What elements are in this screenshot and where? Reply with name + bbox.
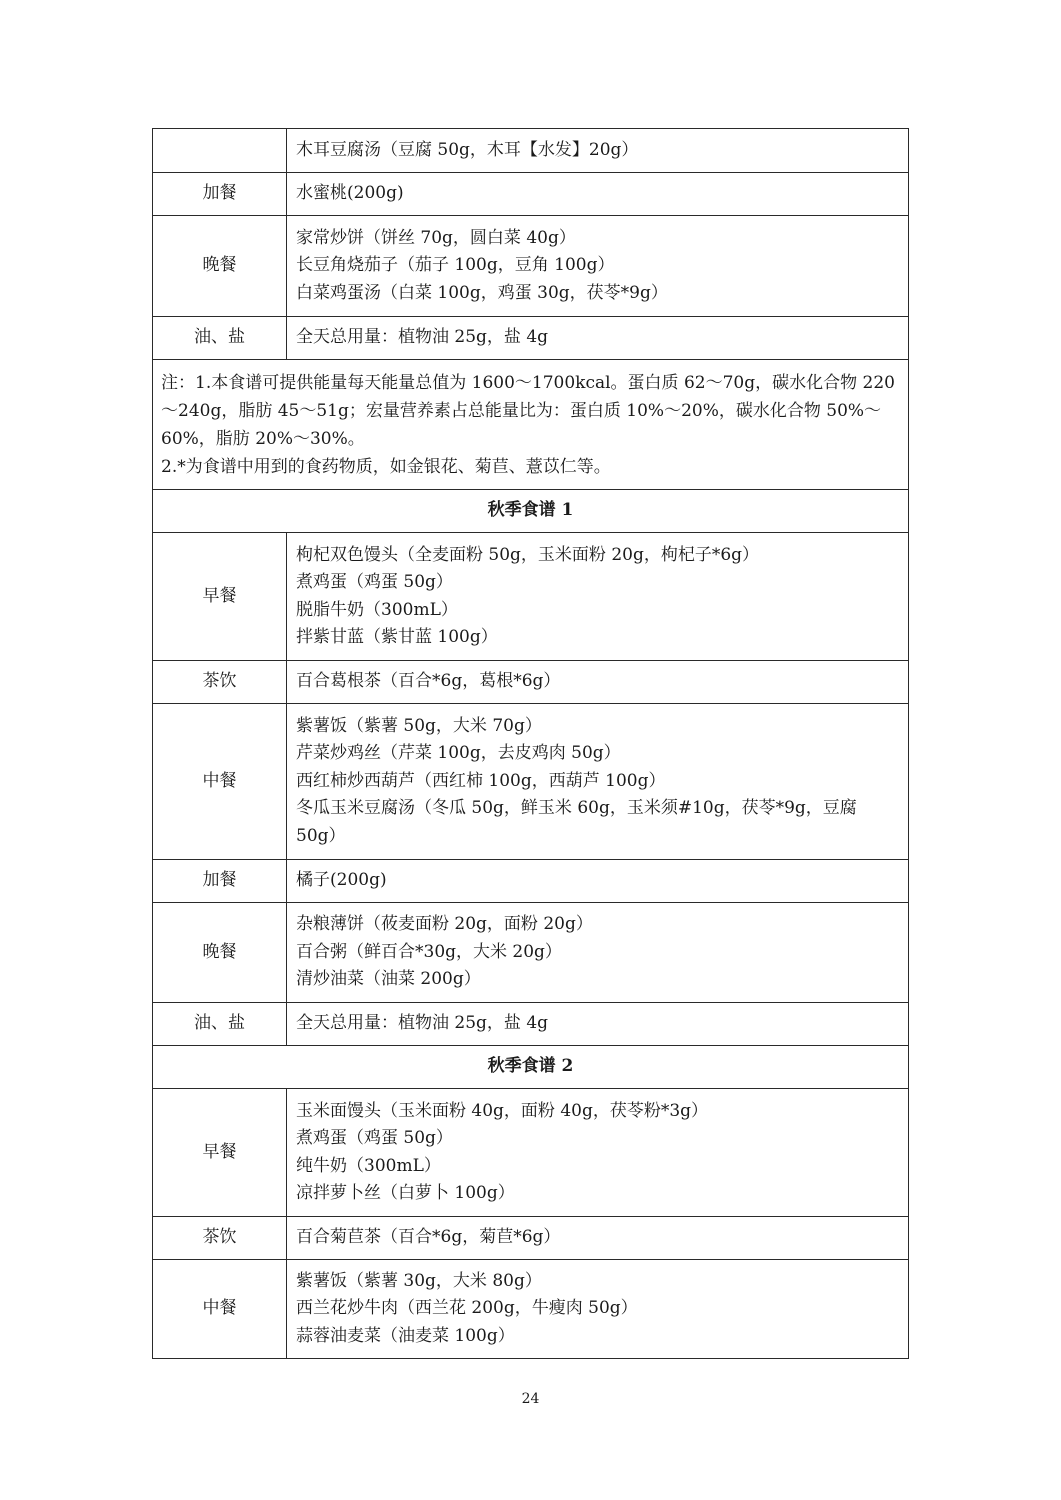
dish-item: 拌紫甘蓝（紫甘蓝 100g） [296, 624, 900, 652]
dish-item: 玉米面馒头（玉米面粉 40g，面粉 40g，茯苓粉*3g） [296, 1098, 900, 1126]
dish-item: 木耳豆腐汤（豆腐 50g，木耳【水发】20g） [296, 137, 900, 165]
meal-content: 木耳豆腐汤（豆腐 50g，木耳【水发】20g） [287, 129, 909, 173]
meal-content: 百合菊苣茶（百合*6g，菊苣*6g） [287, 1217, 909, 1260]
meal-content: 橘子(200g) [287, 860, 909, 903]
meal-label: 油、盐 [153, 1003, 287, 1046]
meal-content: 杂粮薄饼（莜麦面粉 20g，面粉 20g） 百合粥（鲜百合*30g，大米 20g… [287, 903, 909, 1003]
dish-item: 紫薯饭（紫薯 30g，大米 80g） [296, 1268, 900, 1296]
meal-content: 全天总用量：植物油 25g，盐 4g [287, 317, 909, 360]
dish-item: 橘子(200g) [296, 867, 900, 895]
dish-item: 脱脂牛奶（300mL） [296, 597, 900, 625]
dish-item: 纯牛奶（300mL） [296, 1153, 900, 1181]
meal-content: 紫薯饭（紫薯 30g，大米 80g） 西兰花炒牛肉（西兰花 200g，牛瘦肉 5… [287, 1260, 909, 1359]
table-row: 早餐 玉米面馒头（玉米面粉 40g，面粉 40g，茯苓粉*3g） 煮鸡蛋（鸡蛋 … [153, 1089, 909, 1217]
table-row: 油、盐 全天总用量：植物油 25g，盐 4g [153, 317, 909, 360]
meal-label: 早餐 [153, 1089, 287, 1217]
section-heading-row: 秋季食谱 1 [153, 490, 909, 533]
dish-item: 百合菊苣茶（百合*6g，菊苣*6g） [296, 1224, 900, 1252]
dish-item: 长豆角烧茄子（茄子 100g，豆角 100g） [296, 252, 900, 280]
meal-label: 茶饮 [153, 661, 287, 704]
dish-item: 西红柿炒西葫芦（西红柿 100g，西葫芦 100g） [296, 768, 900, 796]
table-row: 晚餐 家常炒饼（饼丝 70g，圆白菜 40g） 长豆角烧茄子（茄子 100g，豆… [153, 216, 909, 317]
table-row: 早餐 枸杞双色馒头（全麦面粉 50g，玉米面粉 20g，枸杞子*6g） 煮鸡蛋（… [153, 533, 909, 661]
table-row: 中餐 紫薯饭（紫薯 30g，大米 80g） 西兰花炒牛肉（西兰花 200g，牛瘦… [153, 1260, 909, 1359]
dish-item: 西兰花炒牛肉（西兰花 200g，牛瘦肉 50g） [296, 1295, 900, 1323]
meal-content: 百合葛根茶（百合*6g，葛根*6g） [287, 661, 909, 704]
dish-item: 蒜蓉油麦菜（油麦菜 100g） [296, 1323, 900, 1351]
section-title: 秋季食谱 1 [153, 490, 909, 533]
meal-content: 水蜜桃(200g) [287, 173, 909, 216]
dish-item: 凉拌萝卜丝（白萝卜 100g） [296, 1180, 900, 1208]
meal-label: 加餐 [153, 173, 287, 216]
meal-label: 早餐 [153, 533, 287, 661]
dish-item: 家常炒饼（饼丝 70g，圆白菜 40g） [296, 225, 900, 253]
meal-content: 紫薯饭（紫薯 50g，大米 70g） 芹菜炒鸡丝（芹菜 100g，去皮鸡肉 50… [287, 704, 909, 860]
note-cell: 注：1.本食谱可提供能量每天能量总值为 1600～1700kcal。蛋白质 62… [153, 360, 909, 490]
table-row: 中餐 紫薯饭（紫薯 50g，大米 70g） 芹菜炒鸡丝（芹菜 100g，去皮鸡肉… [153, 704, 909, 860]
dish-item: 煮鸡蛋（鸡蛋 50g） [296, 1125, 900, 1153]
dish-item: 白菜鸡蛋汤（白菜 100g，鸡蛋 30g，茯苓*9g） [296, 280, 900, 308]
note-text-2: 2.*为食谱中用到的食药物质，如金银花、菊苣、薏苡仁等。 [161, 453, 902, 481]
note-row: 注：1.本食谱可提供能量每天能量总值为 1600～1700kcal。蛋白质 62… [153, 360, 909, 490]
meal-label: 加餐 [153, 860, 287, 903]
table-row: 茶饮 百合菊苣茶（百合*6g，菊苣*6g） [153, 1217, 909, 1260]
meal-label: 油、盐 [153, 317, 287, 360]
meal-content: 家常炒饼（饼丝 70g，圆白菜 40g） 长豆角烧茄子（茄子 100g，豆角 1… [287, 216, 909, 317]
dish-item: 全天总用量：植物油 25g，盐 4g [296, 324, 900, 352]
dish-item: 百合粥（鲜百合*30g，大米 20g） [296, 939, 900, 967]
dish-item: 芹菜炒鸡丝（芹菜 100g，去皮鸡肉 50g） [296, 740, 900, 768]
dish-item: 水蜜桃(200g) [296, 180, 900, 208]
meal-label: 晚餐 [153, 903, 287, 1003]
dish-item: 全天总用量：植物油 25g，盐 4g [296, 1010, 900, 1038]
dish-item: 杂粮薄饼（莜麦面粉 20g，面粉 20g） [296, 911, 900, 939]
meal-content: 全天总用量：植物油 25g，盐 4g [287, 1003, 909, 1046]
table-row: 油、盐 全天总用量：植物油 25g，盐 4g [153, 1003, 909, 1046]
page-number: 24 [0, 1391, 1061, 1407]
dish-item: 冬瓜玉米豆腐汤（冬瓜 50g，鲜玉米 60g，玉米须#10g，茯苓*9g，豆腐 … [296, 795, 900, 850]
meal-label: 晚餐 [153, 216, 287, 317]
menu-table: 木耳豆腐汤（豆腐 50g，木耳【水发】20g） 加餐 水蜜桃(200g) 晚餐 … [152, 128, 909, 1359]
dish-item: 枸杞双色馒头（全麦面粉 50g，玉米面粉 20g，枸杞子*6g） [296, 542, 900, 570]
table-row: 茶饮 百合葛根茶（百合*6g，葛根*6g） [153, 661, 909, 704]
meal-content: 枸杞双色馒头（全麦面粉 50g，玉米面粉 20g，枸杞子*6g） 煮鸡蛋（鸡蛋 … [287, 533, 909, 661]
meal-label: 茶饮 [153, 1217, 287, 1260]
table-row: 木耳豆腐汤（豆腐 50g，木耳【水发】20g） [153, 129, 909, 173]
table-row: 加餐 橘子(200g) [153, 860, 909, 903]
dish-item: 煮鸡蛋（鸡蛋 50g） [296, 569, 900, 597]
meal-content: 玉米面馒头（玉米面粉 40g，面粉 40g，茯苓粉*3g） 煮鸡蛋（鸡蛋 50g… [287, 1089, 909, 1217]
section-title: 秋季食谱 2 [153, 1046, 909, 1089]
note-text-1: 注：1.本食谱可提供能量每天能量总值为 1600～1700kcal。蛋白质 62… [161, 369, 902, 453]
dish-item: 紫薯饭（紫薯 50g，大米 70g） [296, 713, 900, 741]
meal-label [153, 129, 287, 173]
table-row: 晚餐 杂粮薄饼（莜麦面粉 20g，面粉 20g） 百合粥（鲜百合*30g，大米 … [153, 903, 909, 1003]
dish-item: 百合葛根茶（百合*6g，葛根*6g） [296, 668, 900, 696]
dish-item: 清炒油菜（油菜 200g） [296, 966, 900, 994]
table-row: 加餐 水蜜桃(200g) [153, 173, 909, 216]
meal-label: 中餐 [153, 1260, 287, 1359]
meal-label: 中餐 [153, 704, 287, 860]
section-heading-row: 秋季食谱 2 [153, 1046, 909, 1089]
